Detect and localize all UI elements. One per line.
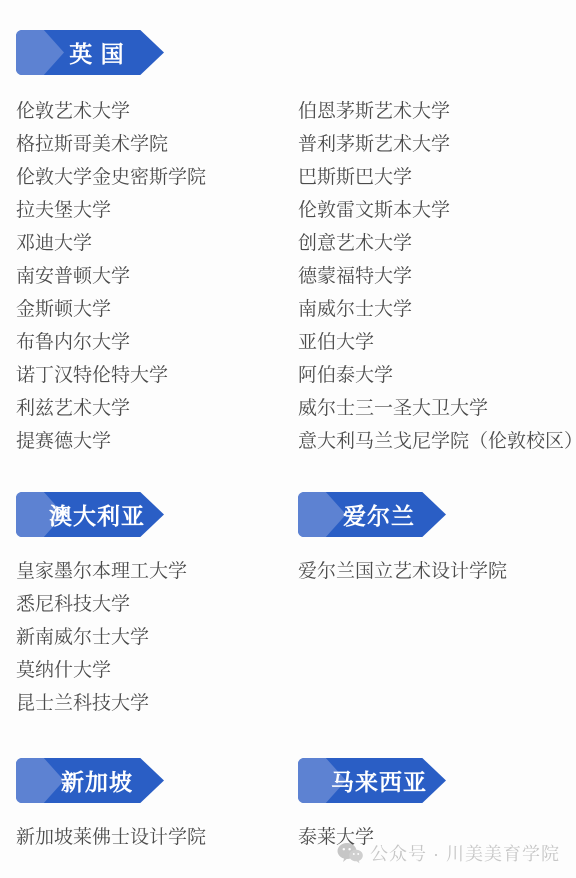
- university-item: 利兹艺术大学: [16, 392, 298, 425]
- country-badge-singapore: 新加坡: [16, 758, 164, 803]
- university-item: 格拉斯哥美术学院: [16, 128, 298, 161]
- group-australia: 澳大利亚 皇家墨尔本理工大学 悉尼科技大学 新南威尔士大学 莫纳什大学 昆士兰科…: [16, 492, 298, 720]
- university-item: 伦敦雷文斯本大学: [298, 194, 576, 227]
- country-badge-label: 马来西亚: [317, 764, 427, 797]
- watermark: 公众号 · 川美美育学院: [337, 840, 560, 866]
- singapore-university-list: 新加坡莱佛士设计学院: [16, 821, 298, 854]
- country-badge-malaysia: 马来西亚: [298, 758, 446, 803]
- country-badge-australia: 澳大利亚: [16, 492, 164, 537]
- university-item: 皇家墨尔本理工大学: [16, 555, 298, 588]
- university-item: 伦敦艺术大学: [16, 95, 298, 128]
- section-australia-ireland: 澳大利亚 皇家墨尔本理工大学 悉尼科技大学 新南威尔士大学 莫纳什大学 昆士兰科…: [16, 492, 560, 720]
- group-singapore: 新加坡 新加坡莱佛士设计学院: [16, 758, 298, 854]
- section-uk: 英 国: [16, 0, 560, 75]
- university-item: 金斯顿大学: [16, 293, 298, 326]
- university-item: 邓迪大学: [16, 227, 298, 260]
- university-item: 悉尼科技大学: [16, 588, 298, 621]
- uk-university-list-right: 伯恩茅斯艺术大学 普利茅斯艺术大学 巴斯斯巴大学 伦敦雷文斯本大学 创意艺术大学…: [298, 95, 576, 458]
- country-badge-label: 英 国: [55, 36, 124, 69]
- university-item: 莫纳什大学: [16, 654, 298, 687]
- university-item: 新加坡莱佛士设计学院: [16, 821, 298, 854]
- university-item: 提赛德大学: [16, 425, 298, 458]
- university-item: 创意艺术大学: [298, 227, 576, 260]
- university-item: 布鲁内尔大学: [16, 326, 298, 359]
- university-item: 拉夫堡大学: [16, 194, 298, 227]
- university-item: 伯恩茅斯艺术大学: [298, 95, 576, 128]
- wechat-icon: [337, 842, 363, 864]
- university-item: 南安普顿大学: [16, 260, 298, 293]
- australia-university-list: 皇家墨尔本理工大学 悉尼科技大学 新南威尔士大学 莫纳什大学 昆士兰科技大学: [16, 555, 298, 720]
- university-item: 普利茅斯艺术大学: [298, 128, 576, 161]
- university-item: 诺丁汉特伦特大学: [16, 359, 298, 392]
- university-item: 爱尔兰国立艺术设计学院: [298, 555, 560, 588]
- university-item: 阿伯泰大学: [298, 359, 576, 392]
- university-item: 昆士兰科技大学: [16, 687, 298, 720]
- country-badge-ireland: 爱尔兰: [298, 492, 446, 537]
- university-item: 新南威尔士大学: [16, 621, 298, 654]
- university-item: 意大利马兰戈尼学院（伦敦校区）: [298, 425, 576, 458]
- university-item: 南威尔士大学: [298, 293, 576, 326]
- university-item: 亚伯大学: [298, 326, 576, 359]
- university-item: 威尔士三一圣大卫大学: [298, 392, 576, 425]
- country-badge-label: 爱尔兰: [329, 498, 415, 531]
- uk-university-list-left: 伦敦艺术大学 格拉斯哥美术学院 伦敦大学金史密斯学院 拉夫堡大学 邓迪大学 南安…: [16, 95, 298, 458]
- country-badge-label: 新加坡: [47, 764, 133, 797]
- university-item: 伦敦大学金史密斯学院: [16, 161, 298, 194]
- group-ireland: 爱尔兰 爱尔兰国立艺术设计学院: [298, 492, 560, 720]
- watermark-text: 公众号 · 川美美育学院: [370, 840, 560, 866]
- country-badge-label: 澳大利亚: [35, 498, 145, 531]
- university-item: 德蒙福特大学: [298, 260, 576, 293]
- country-badge-uk: 英 国: [16, 30, 164, 75]
- university-item: 巴斯斯巴大学: [298, 161, 576, 194]
- uk-university-columns: 伦敦艺术大学 格拉斯哥美术学院 伦敦大学金史密斯学院 拉夫堡大学 邓迪大学 南安…: [16, 75, 560, 458]
- ireland-university-list: 爱尔兰国立艺术设计学院: [298, 555, 560, 588]
- article-page: 英 国 伦敦艺术大学 格拉斯哥美术学院 伦敦大学金史密斯学院 拉夫堡大学 邓迪大…: [0, 0, 576, 878]
